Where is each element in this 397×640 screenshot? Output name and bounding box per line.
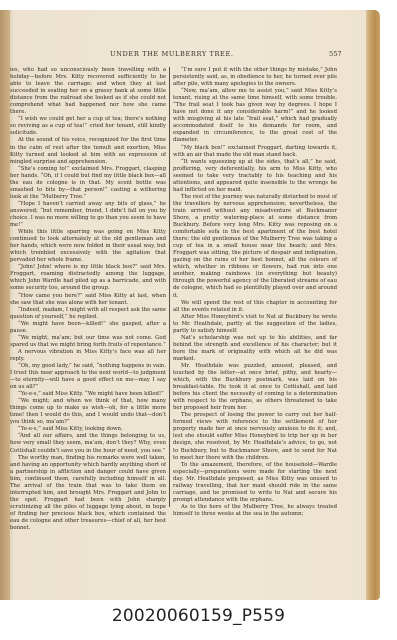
paragraph: “How came you here?” said Miss Kitty at … <box>10 293 166 307</box>
paragraph: “Indeed, madam, I might with all respect… <box>10 307 166 321</box>
paragraph: “We might; and when we think of that, ho… <box>10 398 166 426</box>
paragraph: “My black box!” exclaimed Froggart, dart… <box>173 145 337 159</box>
paragraph: The rest of the journey was naturally di… <box>173 194 337 300</box>
paragraph: “John! John! where is my little black bo… <box>10 264 166 292</box>
paragraph: Mr. Heathdale was puzzled, amused, pleas… <box>173 363 337 412</box>
paragraph: We will spend the rest of this chapter i… <box>173 300 337 314</box>
paragraph: “Oh, my good lady,” he said, “nothing ha… <box>10 363 166 391</box>
paragraph: The worthy man, finding his remarks were… <box>10 455 166 533</box>
page-number: 557 <box>329 50 342 58</box>
paragraph: “I wish we could get her a cup of tea; t… <box>10 116 166 137</box>
paragraph: “She’s coming to!” exclaimed Mrs. Frogga… <box>10 166 166 201</box>
paragraph: “We might, ma’am; but our time was not c… <box>10 335 166 349</box>
paragraph: “I’m sure I put it with the other things… <box>173 67 337 88</box>
paragraph: “Hope I haven’t carried away any bits of… <box>10 201 166 229</box>
paragraph: ies, who had so unconsciously been trave… <box>10 67 166 116</box>
book-page-scan: UNDER THE MULBERRY TREE. 557 ies, who ha… <box>0 10 380 600</box>
image-caption: 20020060159_P559 <box>0 606 397 626</box>
paragraph: “And all our affairs, and the things bel… <box>10 433 166 454</box>
paragraph: As to the hero of the Mulberry Tree, he … <box>173 504 337 518</box>
paragraph: Nat’s scholarship was not up to his abil… <box>173 335 337 363</box>
paragraph: To the amazement, therefore, of the hous… <box>173 462 337 504</box>
paragraph: “We might have been—killed!” she gasped,… <box>10 321 166 335</box>
paragraph: “Now, ma’am, allow me to assist you,” sa… <box>173 88 337 144</box>
paragraph: “It wants squeezing up at the sides, tha… <box>173 159 337 194</box>
paragraph: After Miss Honeybird’s visit to Nat at B… <box>173 314 337 335</box>
right-column: “I’m sure I put it with the other things… <box>173 67 337 518</box>
paragraph: A nervous vibration in Miss Kitty’s face… <box>10 349 166 363</box>
page-edge <box>366 10 380 600</box>
paragraph: At the sound of his voice, recognized fo… <box>10 137 166 165</box>
paragraph: While this little sparring was going on … <box>10 229 166 264</box>
paragraph: The prospect of losing the power to carr… <box>173 412 337 461</box>
column-divider <box>169 67 170 507</box>
running-head: UNDER THE MULBERRY TREE. <box>110 50 234 58</box>
book-binding <box>0 10 10 600</box>
left-column: ies, who had so unconsciously been trave… <box>10 67 166 532</box>
